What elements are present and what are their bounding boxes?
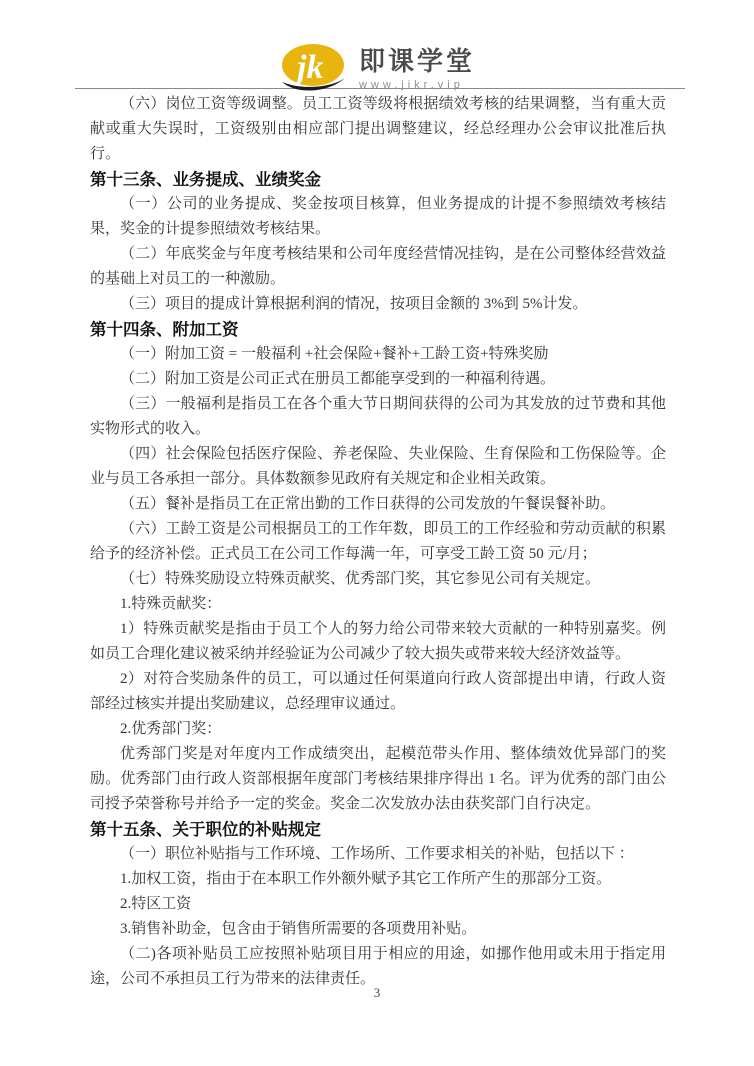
brand-name: 即课学堂 — [359, 46, 475, 76]
body-paragraph: 1）特殊贡献奖是指由于员工个人的努力给公司带来较大贡献的一种特别嘉奖。例如员工合… — [90, 617, 666, 667]
body-paragraph: （七）特殊奖励设立特殊贡献奖、优秀部门奖，其它参见公司有关规定。 — [90, 567, 666, 592]
body-paragraph: （二）附加工资是公司正式在册员工都能享受到的一种福利待遇。 — [90, 367, 666, 392]
section-heading: 第十四条、附加工资 — [90, 317, 666, 342]
body-paragraph: （一）附加工资 = 一般福利 +社会保险+餐补+工龄工资+特殊奖励 — [90, 342, 666, 367]
body-paragraph: 2）对符合奖励条件的员工，可以通过任何渠道向行政人资部提出申请，行政人资部经过核… — [90, 667, 666, 717]
jk-monogram-letters: jk — [292, 49, 323, 86]
body-paragraph: （六）工龄工资是公司根据员工的工作年数，即员工的工作经验和劳动贡献的积累给予的经… — [90, 517, 666, 567]
brand-logo: jk 即课学堂 www.jikr.vip — [279, 42, 475, 98]
page-number: 3 — [0, 985, 754, 1001]
body-paragraph: （六）岗位工资等级调整。员工工资等级将根据绩效考核的结果调整，当有重大贡献或重大… — [90, 92, 666, 167]
body-paragraph: （四）社会保险包括医疗保险、养老保险、失业保险、生育保险和工伤保险等。企业与员工… — [90, 442, 666, 492]
body-paragraph: （五）餐补是指员工在正常出勤的工作日获得的公司发放的午餐误餐补助。 — [90, 492, 666, 517]
body-paragraph: （三）项目的提成计算根据利润的情况，按项目金额的 3%到 5%计发。 — [90, 292, 666, 317]
document-page: jk 即课学堂 www.jikr.vip （六）岗位工资等级调整。员工工资等级将… — [0, 0, 754, 1066]
section-heading: 第十五条、关于职位的补贴规定 — [90, 817, 666, 842]
body-paragraph: （二）年底奖金与年度考核结果和公司年度经营情况挂钩，是在公司整体经营效益的基础上… — [90, 242, 666, 292]
body-paragraph: 2.优秀部门奖： — [90, 717, 666, 742]
body-paragraph: （一）职位补贴指与工作环境、工作场所、工作要求相关的补贴，包括以下 ： — [90, 842, 666, 867]
body-paragraph: 2.特区工资 — [90, 892, 666, 917]
logo-text: 即课学堂 www.jikr.vip — [359, 42, 475, 92]
section-heading: 第十三条、业务提成、业绩奖金 — [90, 167, 666, 192]
body-paragraph: （三）一般福利是指员工在各个重大节日期间获得的公司为其发放的过节费和其他实物形式… — [90, 392, 666, 442]
document-body: （六）岗位工资等级调整。员工工资等级将根据绩效考核的结果调整，当有重大贡献或重大… — [90, 92, 666, 992]
body-paragraph: （一）公司的业务提成、奖金按项目核算，但业务提成的计提不参照绩效考核结果，奖金的… — [90, 192, 666, 242]
jk-monogram-icon: jk — [279, 42, 353, 98]
body-paragraph: 1.加权工资，指由于在本职工作外额外赋予其它工作所产生的那部分工资。 — [90, 867, 666, 892]
body-paragraph: 优秀部门奖是对年度内工作成绩突出，起模范带头作用、整体绩效优异部门的奖励。优秀部… — [90, 742, 666, 817]
body-paragraph: 3.销售补助金，包含由于销售所需要的各项费用补贴。 — [90, 917, 666, 942]
body-paragraph: 1.特殊贡献奖： — [90, 592, 666, 617]
brand-url: www.jikr.vip — [359, 78, 464, 92]
